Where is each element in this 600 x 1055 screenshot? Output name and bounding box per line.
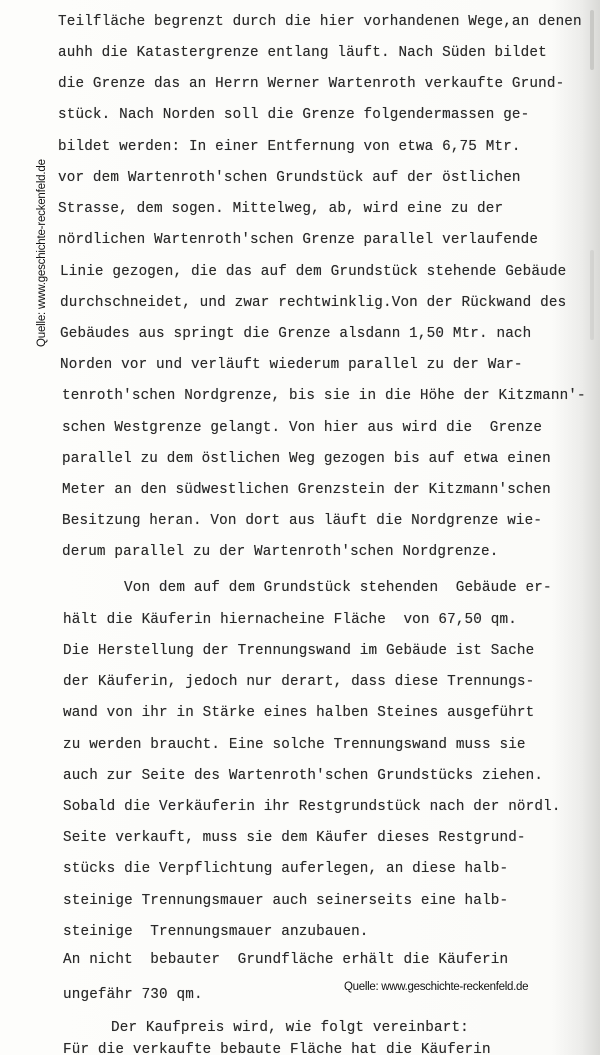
text-line: die Grenze das an Herrn Werner Wartenrot… [58,74,564,94]
text-line: steinige Trennungsmauer anzubauen. [63,922,369,942]
text-line: bildet werden: In einer Entfernung von e… [58,137,521,157]
source-watermark-bottom: Quelle: www.geschichte-reckenfeld.de [344,981,528,993]
text-line: Strasse, dem sogen. Mittelweg, ab, wird … [58,199,503,219]
scan-edge-shadow [590,250,594,340]
scan-edge-shadow [590,10,594,70]
text-line: Die Herstellung der Trennungswand im Geb… [63,641,534,661]
text-line: Seite verkauft, muss sie dem Käufer dies… [63,828,526,848]
text-line: hält die Käuferin hiernacheine Fläche vo… [63,610,517,630]
text-line: An nicht bebauter Grundfläche erhält die… [63,950,508,970]
text-line: Norden vor und verläuft wiederum paralle… [60,355,523,375]
text-line: Meter an den südwestlichen Grenzstein de… [62,480,551,500]
text-line: schen Westgrenze gelangt. Von hier aus w… [62,418,542,438]
text-line: wand von ihr in Stärke eines halben Stei… [63,703,534,723]
text-line: auhh die Katastergrenze entlang läuft. N… [58,43,547,63]
text-line: vor dem Wartenroth'schen Grundstück auf … [58,168,521,188]
text-line: steinige Trennungsmauer auch seinerseits… [63,891,508,911]
text-line: derum parallel zu der Wartenroth'schen N… [62,542,498,562]
text-line: nördlichen Wartenroth'schen Grenze paral… [58,230,538,250]
text-line: Der Kaufpreis wird, wie folgt vereinbart… [111,1018,469,1038]
text-line: stück. Nach Norden soll die Grenze folge… [58,105,529,125]
text-line: parallel zu dem östlichen Weg gezogen bi… [62,449,551,469]
source-watermark-vertical: Quelle: www.geschichte-reckenfeld.de [36,159,48,347]
text-line: durchschneidet, und zwar rechtwinklig.Vo… [60,293,566,313]
scanned-page: Teilfläche begrenzt durch die hier vorha… [0,0,600,1055]
text-line: Von dem auf dem Grundstück stehenden Geb… [124,578,552,598]
text-line: Linie gezogen, die das auf dem Grundstüc… [60,262,566,282]
text-line: ungefähr 730 qm. [63,985,203,1005]
text-line: zu werden braucht. Eine solche Trennungs… [63,735,526,755]
text-line: Besitzung heran. Von dort aus läuft die … [62,511,542,531]
text-line: tenroth'schen Nordgrenze, bis sie in die… [62,386,586,406]
text-line: Sobald die Verkäuferin ihr Restgrundstüc… [63,797,561,817]
text-line: Teilfläche begrenzt durch die hier vorha… [58,12,582,32]
text-line: Gebäudes aus springt die Grenze alsdann … [60,324,531,344]
text-line: Für die verkaufte bebaute Fläche hat die… [63,1040,491,1055]
text-line: stücks die Verpflichtung auferlegen, an … [63,859,508,879]
text-line: auch zur Seite des Wartenroth'schen Grun… [63,766,543,786]
text-line: der Käuferin, jedoch nur derart, dass di… [63,672,534,692]
